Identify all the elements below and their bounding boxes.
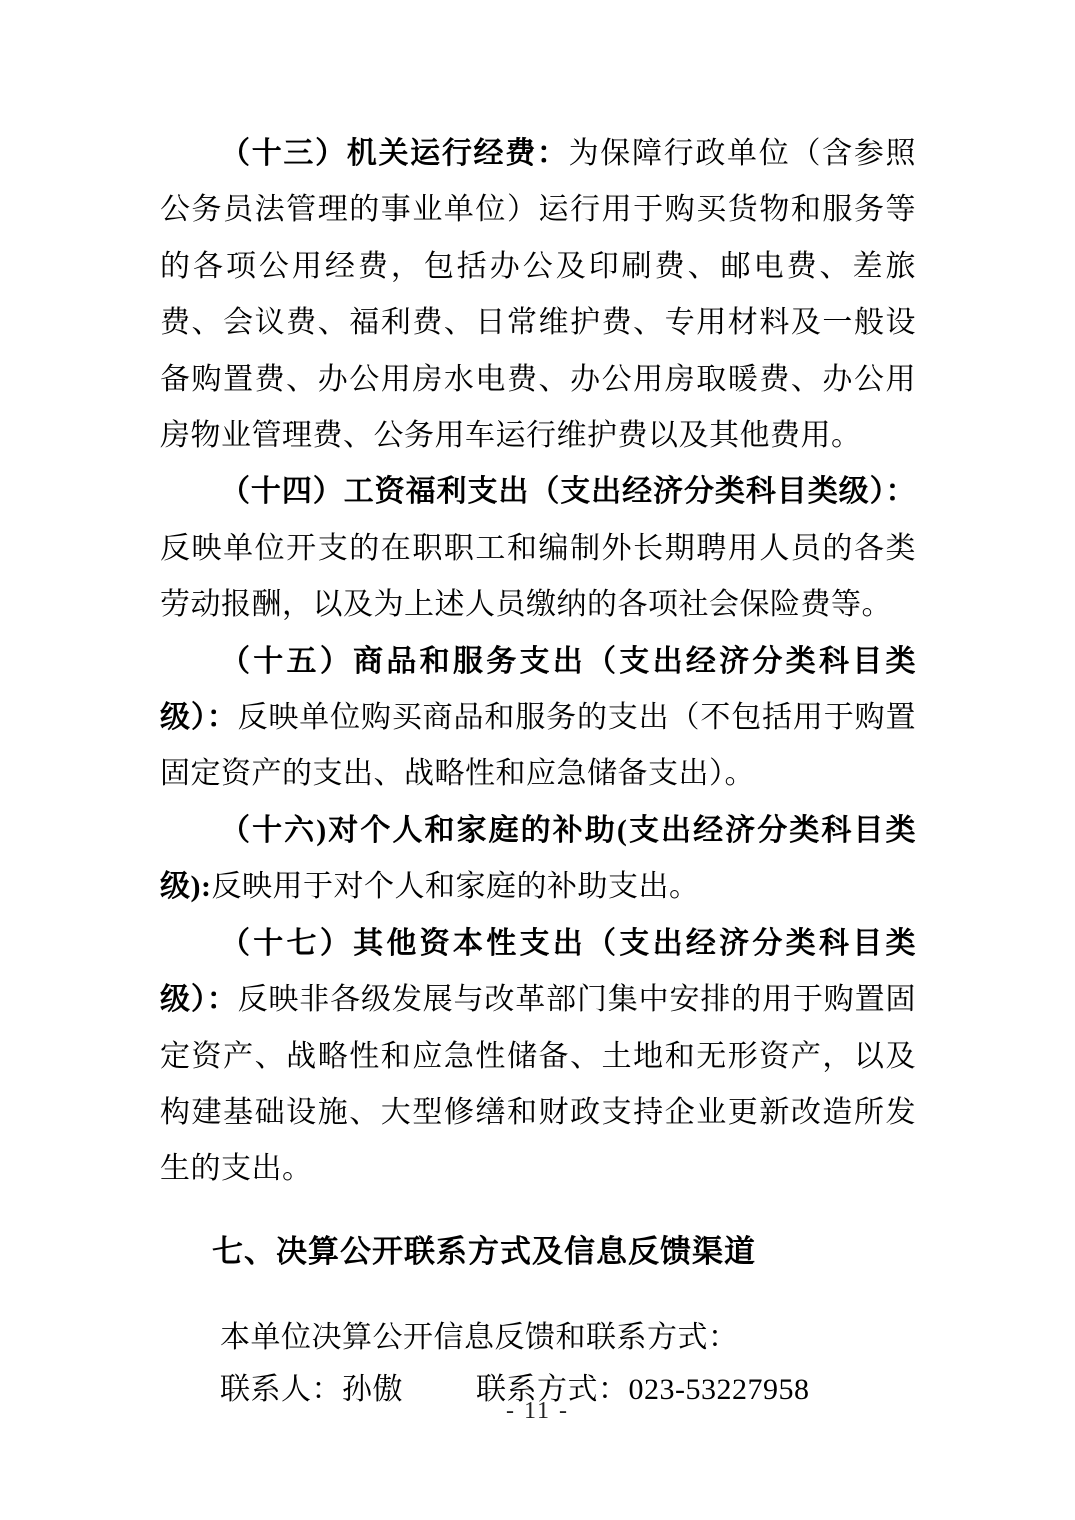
paragraph-13-body: 为保障行政单位（含参照公务员法管理的事业单位）运行用于购买货物和服务等的各项公用… <box>160 137 916 452</box>
paragraph-14-body: 反映单位开支的在职职工和编制外长期聘用人员的各类劳动报酬，以及为上述人员缴纳的各… <box>160 532 916 621</box>
section-heading: 七、决算公开联系方式及信息反馈渠道 <box>160 1224 916 1280</box>
paragraph-13-lead: （十三）机关运行经费： <box>220 137 569 170</box>
contact-intro: 本单位决算公开信息反馈和联系方式： <box>160 1312 916 1364</box>
paragraph-item-15: （十五）商品和服务支出（支出经济分类科目类级）：反映单位购买商品和服务的支出（不… <box>160 634 916 803</box>
paragraph-17-body: 反映非各级发展与改革部门集中安排的用于购置固定资产、战略性和应急性储备、土地和无… <box>160 983 916 1185</box>
paragraph-16-body: 反映用于对个人和家庭的补助支出。 <box>211 870 699 903</box>
paragraph-15-body: 反映单位购买商品和服务的支出（不包括用于购置固定资产的支出、战略性和应急储备支出… <box>160 701 916 790</box>
paragraph-item-17: （十七）其他资本性支出（支出经济分类科目类级）：反映非各级发展与改革部门集中安排… <box>160 916 916 1198</box>
page-number: - 11 - <box>0 1398 1075 1425</box>
document-content: （十三）机关运行经费：为保障行政单位（含参照公务员法管理的事业单位）运行用于购买… <box>160 126 916 1416</box>
paragraph-item-13: （十三）机关运行经费：为保障行政单位（含参照公务员法管理的事业单位）运行用于购买… <box>160 126 916 464</box>
paragraph-item-16: （十六)对个人和家庭的补助(支出经济分类科目类级):反映用于对个人和家庭的补助支… <box>160 803 916 916</box>
document-page: （十三）机关运行经费：为保障行政单位（含参照公务员法管理的事业单位）运行用于购买… <box>0 0 1075 1520</box>
paragraph-14-lead: （十四）工资福利支出（支出经济分类科目类级）： <box>220 475 916 508</box>
paragraph-item-14: （十四）工资福利支出（支出经济分类科目类级）：反映单位开支的在职职工和编制外长期… <box>160 464 916 633</box>
